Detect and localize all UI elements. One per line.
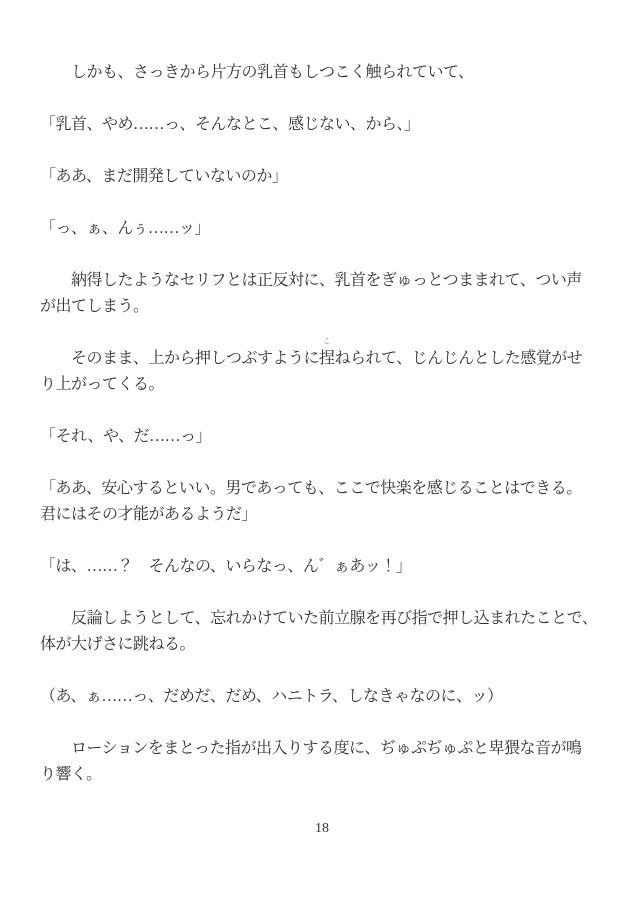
text-line: 「っ、ぁ、んぅ……ッ」 (40, 216, 618, 242)
dialogue-paragraph: 「ああ、まだ開発していないのか」 (40, 164, 618, 190)
text-block: しかも、さっきから片方の乳首もしつこく触られていて、 「乳首、やめ……っ、そんな… (40, 60, 618, 814)
narrative-paragraph: そのまま、上から押しつぶすように捏こねられて、じんじんとした感覚がせ り上がって… (40, 346, 618, 398)
page-number: 18 (0, 816, 644, 842)
text-segment: ねられて、じんじんとした感覚がせ (335, 350, 583, 367)
text-line: 「は、……？ そんなの、いらなっ、ん゛ぁあッ！」 (40, 554, 618, 580)
dialogue-paragraph: 「乳首、やめ……っ、そんなとこ、感じない、から、」 (40, 112, 618, 138)
dialogue-paragraph: 「っ、ぁ、んぅ……ッ」 (40, 216, 618, 242)
text-line: 「ああ、まだ開発していないのか」 (40, 164, 618, 190)
document-page: しかも、さっきから片方の乳首もしつこく触られていて、 「乳首、やめ……っ、そんな… (0, 0, 644, 913)
narrative-paragraph: ローションをまとった指が出入りする度に、ぢゅぷぢゅぷと卑猥な音が鳴 り響く。 (40, 736, 618, 788)
narrative-paragraph: しかも、さっきから片方の乳首もしつこく触られていて、 (40, 60, 618, 86)
text-segment: そのまま、上から押しつぶすように (71, 350, 319, 367)
dialogue-paragraph: 「ああ、安心するといい。男であっても、ここで快楽を感じることはできる。 君にはそ… (40, 476, 618, 528)
ruby-annotation: 捏こ (319, 346, 335, 372)
text-line: 反論しようとして、忘れかけていた前立腺を再び指で押し込まれたことで、 (40, 606, 618, 632)
narrative-paragraph: 納得したようなセリフとは正反対に、乳首をぎゅっとつままれて、つい声 が出てしまう… (40, 268, 618, 320)
text-line: り響く。 (40, 762, 618, 788)
text-line: が出てしまう。 (40, 294, 618, 320)
text-line: 体が大げさに跳ねる。 (40, 632, 618, 658)
monologue-paragraph: （あ、ぁ……っ、だめだ、だめ、ハニトラ、しなきゃなのに、ッ） (40, 684, 618, 710)
narrative-paragraph: 反論しようとして、忘れかけていた前立腺を再び指で押し込まれたことで、 体が大げさ… (40, 606, 618, 658)
text-line: 「ああ、安心するといい。男であっても、ここで快楽を感じることはできる。 (40, 476, 618, 502)
ruby-base: 捏 (319, 350, 335, 367)
text-line: 君にはその才能があるようだ」 (40, 502, 618, 528)
text-line: 「乳首、やめ……っ、そんなとこ、感じない、から、」 (40, 112, 618, 138)
dialogue-paragraph: 「それ、や、だ……っ」 (40, 424, 618, 450)
text-line: ローションをまとった指が出入りする度に、ぢゅぷぢゅぷと卑猥な音が鳴 (40, 736, 618, 762)
text-line: しかも、さっきから片方の乳首もしつこく触られていて、 (40, 60, 618, 86)
dialogue-paragraph: 「は、……？ そんなの、いらなっ、ん゛ぁあッ！」 (40, 554, 618, 580)
furigana: こ (323, 338, 330, 345)
text-line: 「それ、や、だ……っ」 (40, 424, 618, 450)
text-line: （あ、ぁ……っ、だめだ、だめ、ハニトラ、しなきゃなのに、ッ） (40, 684, 618, 710)
text-line: そのまま、上から押しつぶすように捏こねられて、じんじんとした感覚がせ (40, 346, 618, 372)
text-line: り上がってくる。 (40, 372, 618, 398)
text-line: 納得したようなセリフとは正反対に、乳首をぎゅっとつままれて、つい声 (40, 268, 618, 294)
